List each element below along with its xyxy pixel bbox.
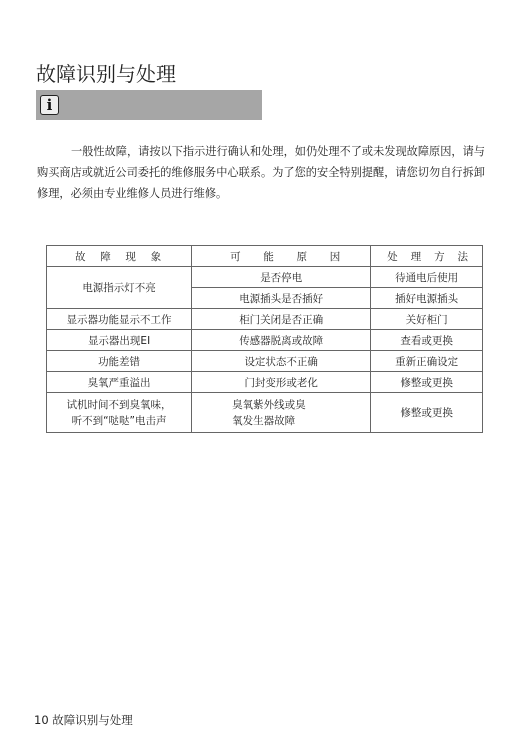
- cause-cell: 电源插头是否插好: [192, 288, 371, 309]
- symptom-cell: 显示器出现EI: [47, 330, 192, 351]
- symptom-cell: 显示器功能显示不工作: [47, 309, 192, 330]
- header-symptom: 故 障 现 象: [47, 246, 192, 267]
- header-char: 象: [151, 249, 162, 264]
- table-row: 功能差错 设定状态不正确 重新正确设定: [47, 351, 483, 372]
- header-remedy: 处 理 方 法: [371, 246, 483, 267]
- cause-line: 臭氧紫外线或臭: [232, 397, 370, 413]
- header-cause: 可 能 原 因: [192, 246, 371, 267]
- troubleshooting-table: 故 障 现 象 可 能 原 因 处 理 方 法 电源指示灯不亮 是否停电 待通电…: [46, 245, 483, 433]
- remedy-cell: 修整或更换: [371, 393, 483, 433]
- page-title: 故障识别与处理: [36, 58, 176, 87]
- header-char: 障: [100, 249, 111, 264]
- header-char: 因: [330, 249, 341, 264]
- cause-cell: 设定状态不正确: [192, 351, 371, 372]
- header-char: 处: [387, 249, 398, 264]
- header-char: 原: [297, 249, 308, 264]
- table-row: 试机时间不到臭氧味， 听不到“哒哒”电击声 臭氧紫外线或臭 氧发生器故障 修整或…: [47, 393, 483, 433]
- table-row: 显示器出现EI 传感器脱离或故障 查看或更换: [47, 330, 483, 351]
- remedy-cell: 查看或更换: [371, 330, 483, 351]
- cause-cell: 门封变形或老化: [192, 372, 371, 393]
- header-char: 可: [230, 249, 241, 264]
- symptom-cell: 臭氧严重溢出: [47, 372, 192, 393]
- header-char: 故: [75, 249, 86, 264]
- symptom-line: 试机时间不到臭氧味，: [47, 397, 191, 413]
- header-char: 方: [434, 249, 445, 264]
- table-row: 臭氧严重溢出 门封变形或老化 修整或更换: [47, 372, 483, 393]
- remedy-cell: 重新正确设定: [371, 351, 483, 372]
- remedy-cell: 关好柜门: [371, 309, 483, 330]
- header-char: 理: [411, 249, 422, 264]
- symptom-cell: 电源指示灯不亮: [47, 267, 192, 309]
- symptom-cell: 试机时间不到臭氧味， 听不到“哒哒”电击声: [47, 393, 192, 433]
- cause-cell: 柜门关闭是否正确: [192, 309, 371, 330]
- symptom-line: 听不到“哒哒”电击声: [47, 413, 191, 429]
- remedy-cell: 插好电源插头: [371, 288, 483, 309]
- cause-line: 氧发生器故障: [232, 413, 370, 429]
- cause-cell: 是否停电: [192, 267, 371, 288]
- table-header-row: 故 障 现 象 可 能 原 因 处 理 方 法: [47, 246, 483, 267]
- remedy-cell: 修整或更换: [371, 372, 483, 393]
- cause-cell: 臭氧紫外线或臭 氧发生器故障: [192, 393, 371, 433]
- header-char: 能: [263, 249, 274, 264]
- header-char: 法: [457, 249, 468, 264]
- remedy-cell: 待通电后使用: [371, 267, 483, 288]
- table-row: 电源指示灯不亮 是否停电 待通电后使用: [47, 267, 483, 288]
- table-row: 显示器功能显示不工作 柜门关闭是否正确 关好柜门: [47, 309, 483, 330]
- intro-paragraph: 一般性故障，请按以下指示进行确认和处理，如仍处理不了或未发现故障原因，请与购买商…: [37, 141, 485, 204]
- header-char: 现: [125, 249, 136, 264]
- info-bar: i: [36, 90, 262, 120]
- page-footer: 10 故障识别与处理: [34, 712, 133, 728]
- cause-cell: 传感器脱离或故障: [192, 330, 371, 351]
- info-icon: i: [40, 95, 59, 115]
- symptom-cell: 功能差错: [47, 351, 192, 372]
